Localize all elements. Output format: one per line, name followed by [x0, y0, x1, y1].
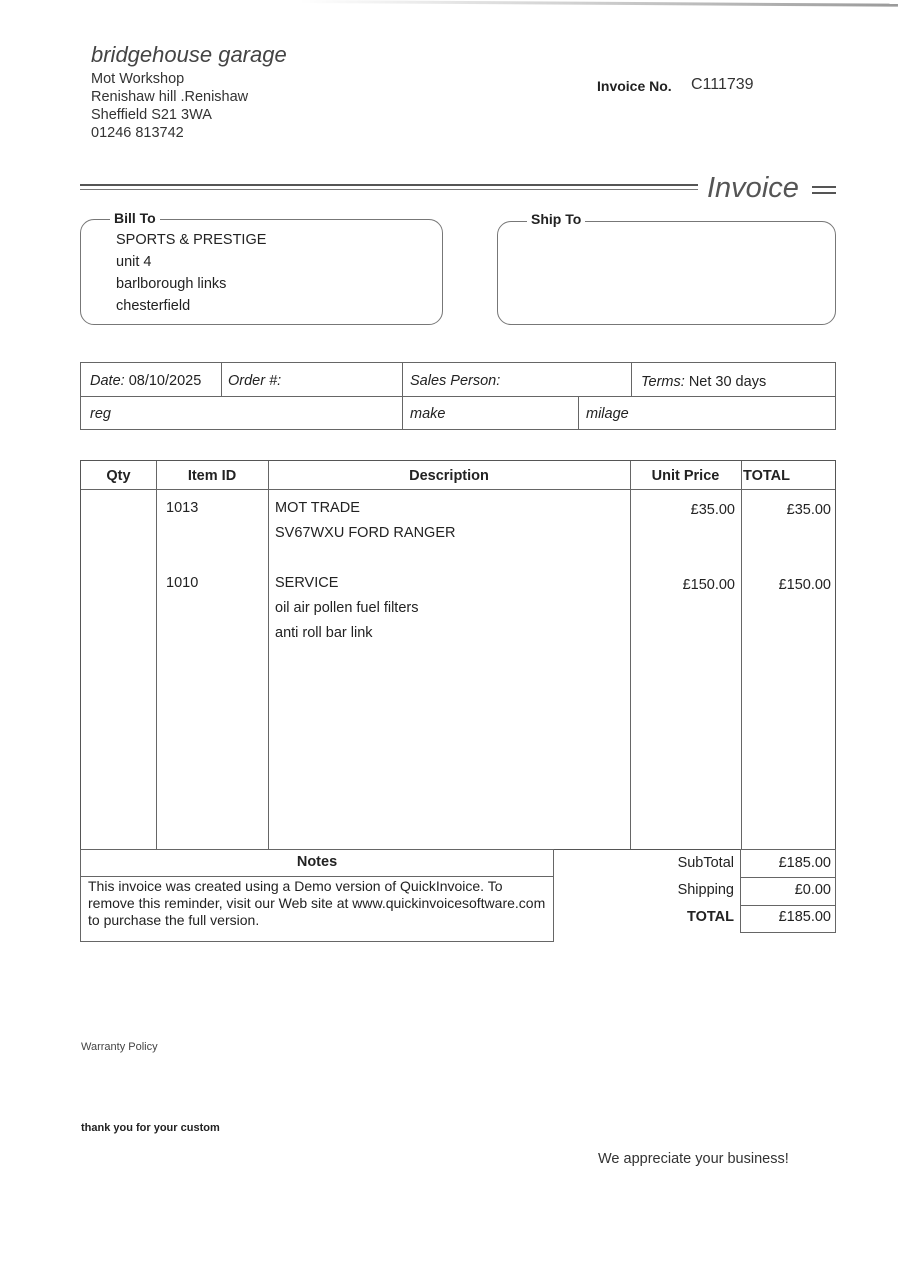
notes-title: Notes — [81, 854, 553, 870]
sales-person-label: Sales Person: — [410, 373, 500, 389]
bill-to-line: SPORTS & PRESTIGE — [116, 232, 266, 248]
total-value: £185.00 — [740, 909, 831, 925]
ship-to-label: Ship To — [527, 211, 585, 227]
title-rule — [80, 184, 698, 186]
header-divider — [81, 489, 835, 490]
bill-to-label: Bill To — [110, 210, 160, 226]
date-label: Date: — [90, 373, 125, 389]
date-field: Date: 08/10/2025 — [90, 373, 201, 389]
make-label: make — [410, 406, 445, 422]
appreciation-message: We appreciate your business! — [598, 1151, 789, 1167]
item-total: £150.00 — [741, 577, 831, 593]
invoice-title: Invoice — [707, 172, 799, 205]
column-divider — [268, 461, 269, 849]
terms-value: Net 30 days — [689, 374, 766, 390]
column-header-qty: Qty — [81, 468, 156, 484]
shipping-value: £0.00 — [740, 882, 831, 898]
company-line: Sheffield S21 3WA — [91, 106, 212, 124]
column-header-description: Description — [268, 468, 630, 484]
item-description: SERVICE — [275, 575, 338, 591]
divider — [81, 876, 553, 877]
terms-label: Terms: — [641, 374, 685, 390]
reg-label: reg — [90, 406, 111, 422]
notes-text: This invoice was created using a Demo ve… — [88, 878, 548, 929]
bill-to-line: chesterfield — [116, 298, 190, 314]
date-value: 08/10/2025 — [129, 373, 202, 389]
ship-to-box — [497, 221, 836, 325]
item-description: SV67WXU FORD RANGER — [275, 525, 455, 541]
divider — [741, 877, 835, 878]
invoice-number: C111739 — [691, 76, 754, 94]
subtotal-label: SubTotal — [614, 855, 734, 871]
bill-to-line: unit 4 — [116, 254, 151, 270]
terms-field: Terms: Net 30 days — [641, 374, 766, 390]
column-divider — [156, 461, 157, 849]
company-line: Renishaw hill .Renishaw — [91, 88, 248, 106]
thank-you-note: thank you for your custom — [81, 1122, 220, 1134]
shipping-label: Shipping — [614, 882, 734, 898]
divider — [81, 396, 835, 397]
order-label: Order #: — [228, 373, 281, 389]
column-header-unit-price: Unit Price — [630, 468, 741, 484]
item-id: 1013 — [166, 500, 198, 516]
scan-edge — [300, 0, 898, 7]
bill-to-line: barlborough links — [116, 276, 226, 292]
divider — [741, 905, 835, 906]
divider — [631, 363, 632, 396]
order-field: Order #: — [228, 373, 281, 389]
item-description: oil air pollen fuel filters — [275, 600, 418, 616]
company-phone: 01246 813742 — [91, 124, 184, 142]
subtotal-value: £185.00 — [740, 855, 831, 871]
sales-person-field: Sales Person: — [410, 373, 500, 389]
item-unit-price: £35.00 — [630, 502, 735, 518]
total-label: TOTAL — [614, 909, 734, 925]
milage-label: milage — [586, 406, 629, 422]
item-description: MOT TRADE — [275, 500, 360, 516]
item-unit-price: £150.00 — [630, 577, 735, 593]
company-name: bridgehouse garage — [91, 42, 287, 68]
divider — [402, 363, 403, 429]
item-id: 1010 — [166, 575, 198, 591]
divider — [221, 363, 222, 396]
warranty-policy: Warranty Policy — [81, 1041, 158, 1053]
line-items-table: Qty Item ID Description Unit Price TOTAL… — [80, 460, 836, 850]
title-rule — [80, 189, 698, 190]
column-divider — [741, 461, 742, 849]
column-divider — [630, 461, 631, 849]
item-total: £35.00 — [741, 502, 831, 518]
title-rule — [812, 192, 836, 194]
order-meta-table: Date: 08/10/2025 Order #: Sales Person: … — [80, 362, 836, 430]
column-header-item-id: Item ID — [156, 468, 268, 484]
company-line: Mot Workshop — [91, 70, 184, 88]
invoice-number-label: Invoice No. — [597, 78, 672, 94]
divider — [578, 396, 579, 430]
item-description: anti roll bar link — [275, 625, 373, 641]
notes-box: Notes This invoice was created using a D… — [80, 849, 554, 942]
title-rule — [812, 186, 836, 188]
column-header-total: TOTAL — [743, 468, 790, 484]
